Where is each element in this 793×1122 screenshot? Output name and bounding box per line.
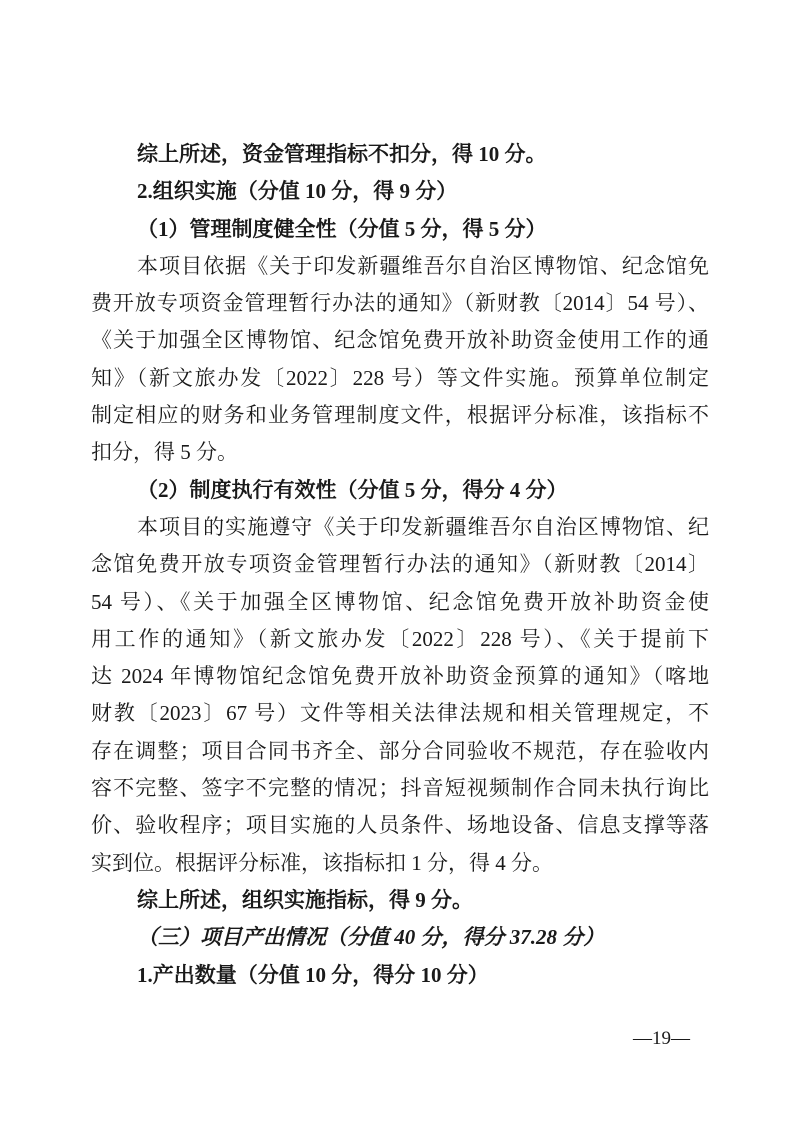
body-line: 54 号）、《关于加强全区博物馆、纪念馆免费开放补助资金使 <box>91 584 709 621</box>
body-line: 知》（新文旅办发〔2022〕228 号）等文件实施。预算单位制定 <box>91 360 709 397</box>
summary-fund-management-line: 综上所述，资金管理指标不扣分，得 10 分。 <box>91 136 709 173</box>
body-line: 达 2024 年博物馆纪念馆免费开放补助资金预算的通知》（喀地 <box>91 658 709 695</box>
body-line: 制定相应的财务和业务管理制度文件，根据评分标准，该指标不 <box>91 397 709 434</box>
body-line: 本项目依据《关于印发新疆维吾尔自治区博物馆、纪念馆免 <box>91 248 709 285</box>
summary-organization-implementation-line: 综上所述，组织实施指标，得 9 分。 <box>91 882 709 919</box>
body-line: 财教〔2023〕67 号）文件等相关法律法规和相关管理规定，不 <box>91 695 709 732</box>
heading-output-quantity: 1.产出数量（分值 10 分，得分 10 分） <box>91 957 709 994</box>
body-line: 《关于加强全区博物馆、纪念馆免费开放补助资金使用工作的通 <box>91 322 709 359</box>
body-line: 实到位。根据评分标准，该指标扣 1 分，得 4 分。 <box>91 845 709 882</box>
heading-organization-implementation: 2.组织实施（分值 10 分，得 9 分） <box>91 173 709 210</box>
body-line: 念馆免费开放专项资金管理暂行办法的通知》（新财教〔2014〕 <box>91 546 709 583</box>
body-line: 扣分，得 5 分。 <box>91 434 709 471</box>
heading-system-execution-effectiveness: （2）制度执行有效性（分值 5 分，得分 4 分） <box>91 472 709 509</box>
document-page: 综上所述，资金管理指标不扣分，得 10 分。 2.组织实施（分值 10 分，得 … <box>0 0 793 1122</box>
heading-project-output-section: （三）项目产出情况（分值 40 分，得分 37.28 分） <box>91 919 709 956</box>
page-number: —19— <box>633 1028 690 1050</box>
body-line: 容不完整、签字不完整的情况；抖音短视频制作合同未执行询比 <box>91 770 709 807</box>
body-line: 费开放专项资金管理暂行办法的通知》（新财教〔2014〕54 号）、 <box>91 285 709 322</box>
document-body: 综上所述，资金管理指标不扣分，得 10 分。 2.组织实施（分值 10 分，得 … <box>91 136 709 994</box>
body-line: 价、验收程序；项目实施的人员条件、场地设备、信息支撑等落 <box>91 807 709 844</box>
body-line: 存在调整；项目合同书齐全、部分合同验收不规范，存在验收内 <box>91 733 709 770</box>
body-line: 用工作的通知》（新文旅办发〔2022〕228 号）、《关于提前下 <box>91 621 709 658</box>
body-line: 本项目的实施遵守《关于印发新疆维吾尔自治区博物馆、纪 <box>91 509 709 546</box>
heading-management-system-soundness: （1）管理制度健全性（分值 5 分，得 5 分） <box>91 211 709 248</box>
